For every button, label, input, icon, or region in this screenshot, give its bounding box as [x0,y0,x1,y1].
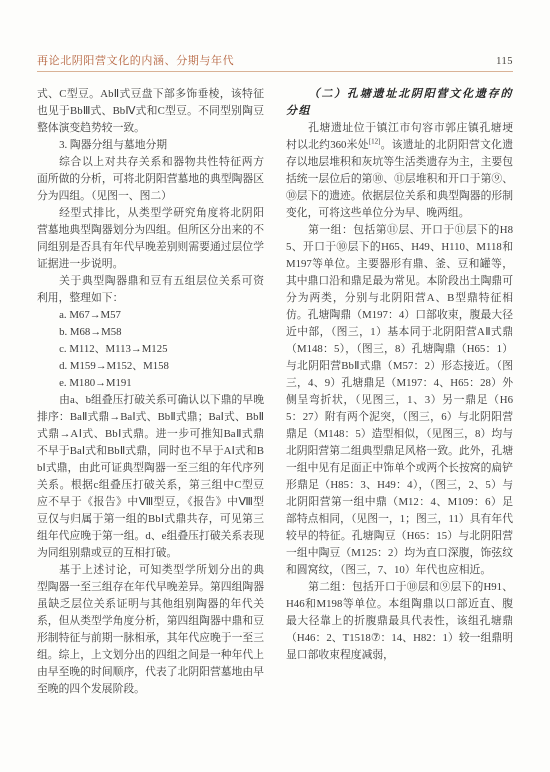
stratigraphy-list-item: d. M159→M152、M158 [37,358,264,375]
paragraph: 式、C型豆。AbⅡ式豆盘下部多饰垂棱，该特征也见于BbⅢ式、BbⅣ式和C型豆。不… [37,86,264,137]
right-column: （二）孔塘遗址北阴阳营文化遗存的分组孔塘遗址位于镇江市句容市郭庄镇孔塘埂村以北约… [286,86,513,698]
paragraph: 3. 陶器分组与墓地分期 [37,137,264,154]
paragraph: 第一组：包括第⑪层、开口于⑪层下的H85、开口于⑩层下的H65、H49、H110… [286,222,513,579]
paragraph: 综合以上对共存关系和器物共性特征两方面所做的分析，可将北阴阳营墓地的典型陶器区分… [37,154,264,205]
paragraph: 经型式排比，从类型学研究角度将北阴阳营墓地典型陶器划分为四组。但所区分出来的不同… [37,205,264,273]
document-page: 再论北阴阳营文化的内涵、分期与年代 115 式、C型豆。AbⅡ式豆盘下部多饰垂棱… [0,0,550,772]
text-run: 。该遗址的北阴阳营文化遗存以地层堆积和灰坑等生活类遗存为主，主要包括统一层位后的… [286,139,513,219]
paragraph: 基于上述讨论，可知类型学所划分出的典型陶器一至三组存在年代早晚差异。第四组陶器虽… [37,562,264,698]
stratigraphy-list-item: c. M112、M113→M125 [37,341,264,358]
stratigraphy-list-item: e. M180→M191 [37,375,264,392]
paragraph: 孔塘遗址位于镇江市句容市郭庄镇孔塘埂村以北约360米处[12]。该遗址的北阴阳营… [286,120,513,222]
stratigraphy-list-item: a. M67→M57 [37,307,264,324]
paragraph: 第二组：包括开口于⑩层和⑨层下的H91、H46和M198等单位。本组陶鼎以口部近… [286,579,513,664]
footnote-ref: [12] [369,137,381,145]
section-heading: （二）孔塘遗址北阴阳营文化遗存的分组 [286,86,513,120]
page-header: 再论北阴阳营文化的内涵、分期与年代 115 [37,52,513,68]
header-rule [37,71,513,72]
text-columns: 式、C型豆。AbⅡ式豆盘下部多饰垂棱，该特征也见于BbⅢ式、BbⅣ式和C型豆。不… [37,86,513,698]
stratigraphy-list-item: b. M68→M58 [37,324,264,341]
running-title: 再论北阴阳营文化的内涵、分期与年代 [37,52,234,68]
left-column: 式、C型豆。AbⅡ式豆盘下部多饰垂棱，该特征也见于BbⅢ式、BbⅣ式和C型豆。不… [37,86,264,698]
paragraph: 关于典型陶器鼎和豆有五组层位关系可资利用，整理如下： [37,273,264,307]
paragraph: 由a、b组叠压打破关系可确认以下鼎的早晚排序：BaⅡ式鼎→BaⅠ式、BbⅡ式鼎；… [37,392,264,562]
page-number: 115 [496,56,513,67]
